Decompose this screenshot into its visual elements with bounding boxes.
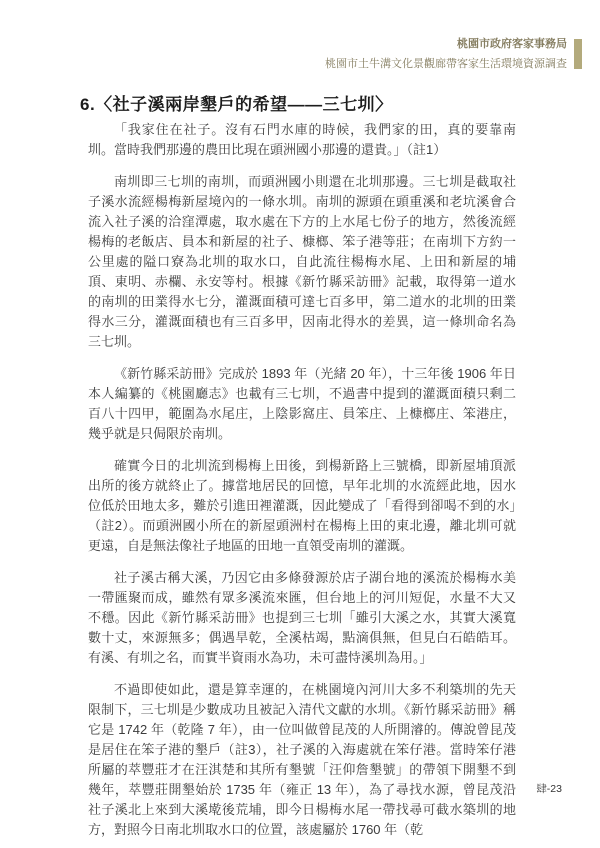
body-paragraph: 確實今日的北圳流到楊梅上田後，到楊新路上三號橋，即新屋埔頂派出所的後方就終止了。… (88, 456, 516, 556)
page-header: 桃園市政府客家事務局 桃園市土牛溝文化景觀廊帶客家生活環境資源調查 (325, 34, 582, 74)
section-title: 6.〈社子溪兩岸墾戶的希望——三七圳〉 (80, 90, 393, 115)
body-paragraph: 社子溪古稱大溪，乃因它由多條發源於店子湖台地的溪流於楊梅水美一帶匯聚而成，雖然有… (88, 568, 516, 668)
page-number: 肆-23 (536, 781, 562, 796)
body-paragraph: 南圳即三七圳的南圳，而頭洲國小則還在北圳那邊。三七圳是截取社子溪水流經楊梅新屋境… (88, 172, 516, 352)
header-text-block: 桃園市政府客家事務局 桃園市土牛溝文化景觀廊帶客家生活環境資源調查 (325, 34, 567, 74)
header-report-title: 桃園市土牛溝文化景觀廊帶客家生活環境資源調查 (325, 54, 567, 74)
header-accent-bar (574, 39, 582, 69)
body-text: 「我家住在社子。沒有石門水庫的時候，我們家的田，真的要靠南圳。當時我們那邊的農田… (88, 120, 516, 848)
document-page: 桃園市政府客家事務局 桃園市土牛溝文化景觀廊帶客家生活環境資源調查 6.〈社子溪… (0, 0, 600, 848)
header-agency-name: 桃園市政府客家事務局 (325, 34, 567, 54)
body-paragraph: 《新竹縣采訪冊》完成於 1893 年（光緒 20 年），十三年後 1906 年日… (88, 364, 516, 444)
quote-paragraph: 「我家住在社子。沒有石門水庫的時候，我們家的田，真的要靠南圳。當時我們那邊的農田… (88, 120, 516, 160)
body-paragraph: 不過即使如此，還是算幸運的，在桃園境內河川大多不利築圳的先天限制下，三七圳是少數… (88, 680, 516, 840)
